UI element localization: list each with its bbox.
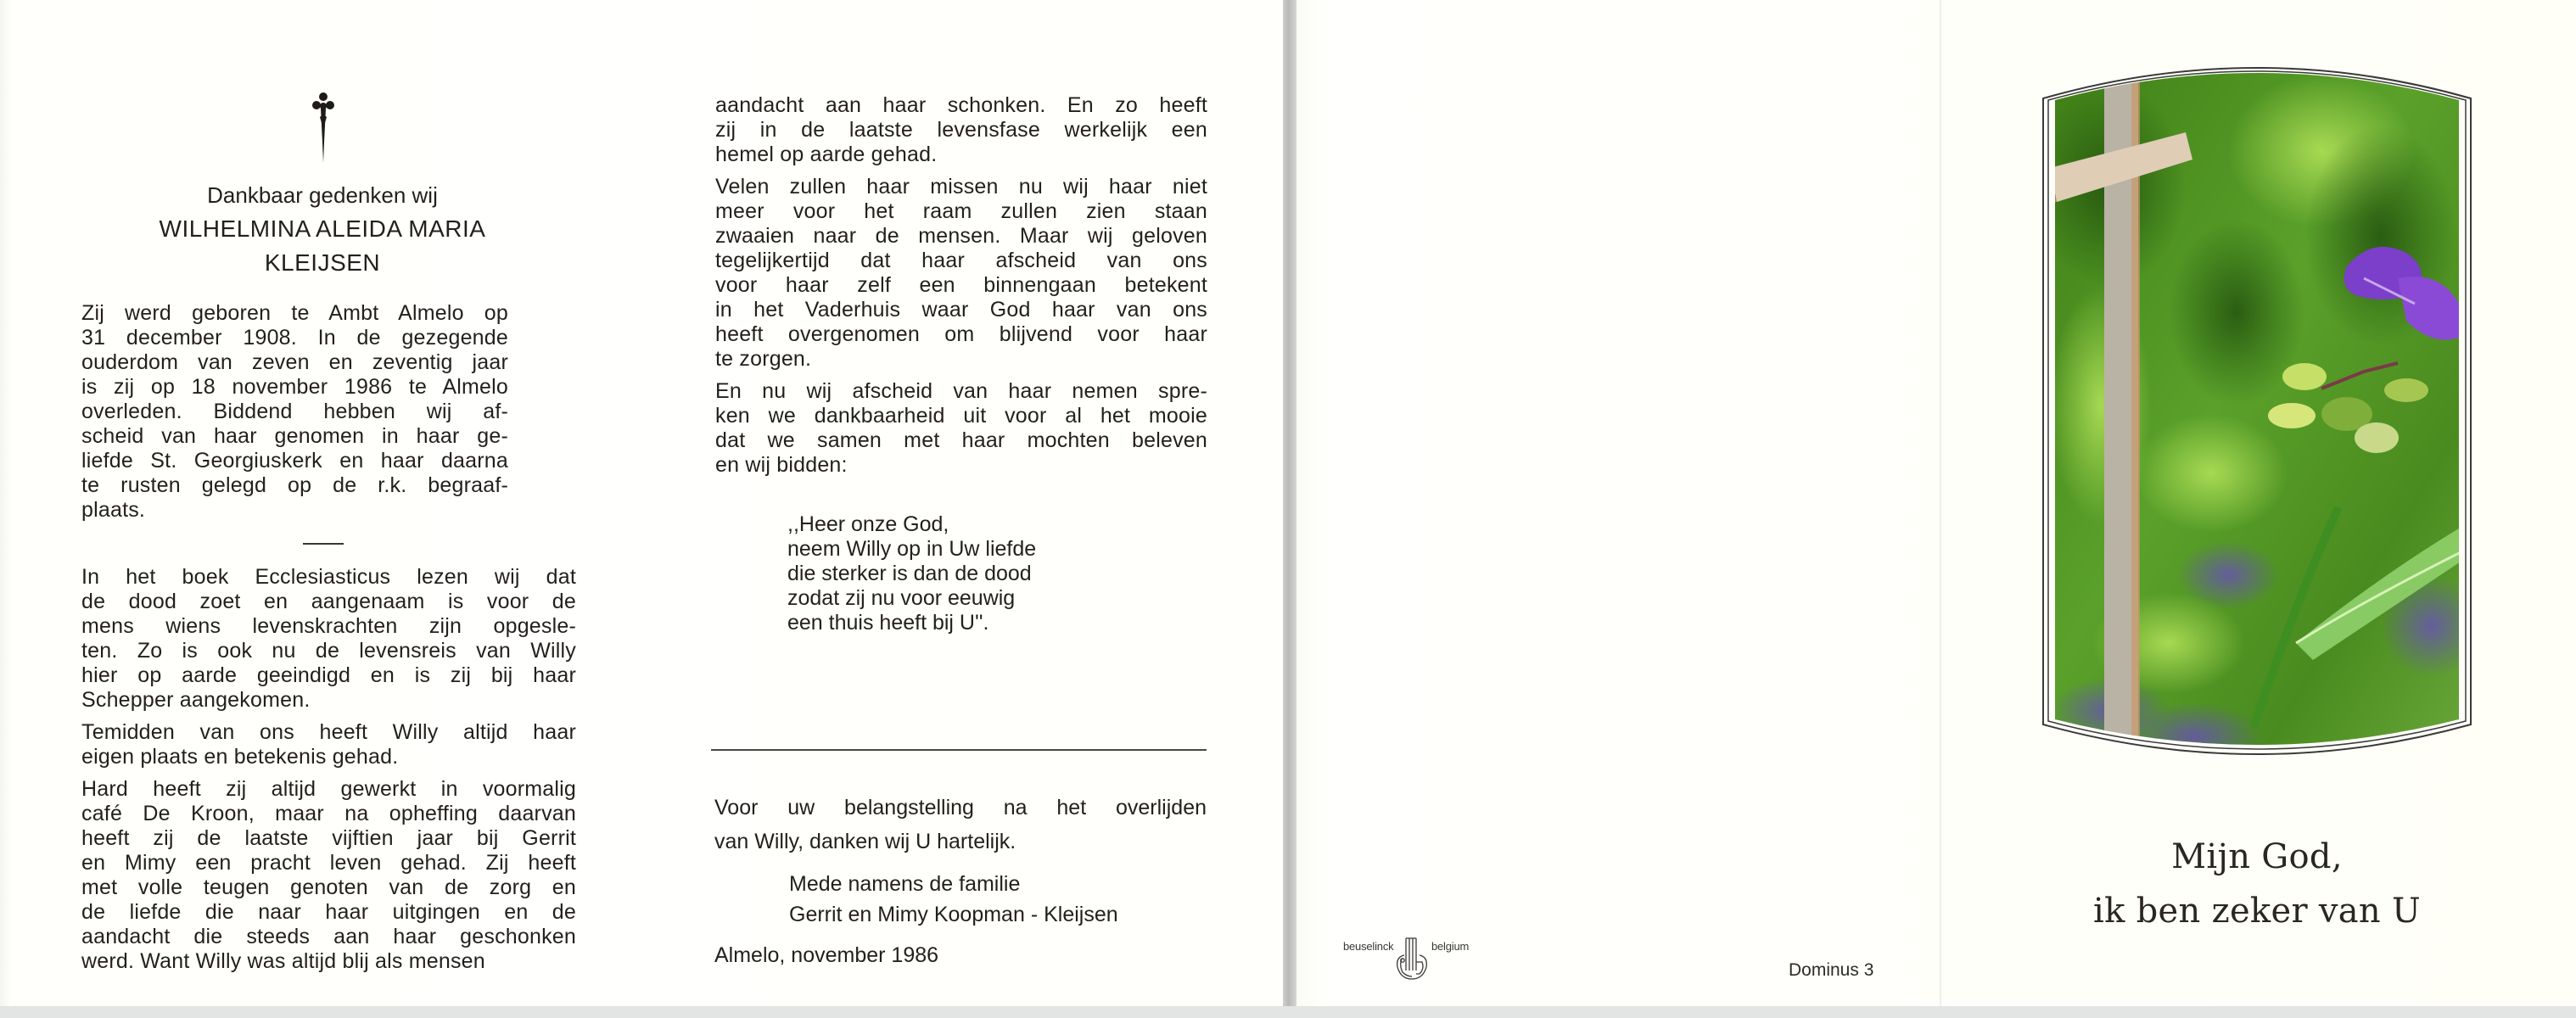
scan-bottom-edge <box>0 1006 2576 1018</box>
continuation-text: aandacht aan haar schonken. En zo heeftz… <box>715 93 1207 485</box>
place-date: Almelo, november 1986 <box>714 943 938 968</box>
prayer-line: die sterker is dan de dood <box>787 562 1036 586</box>
continuation-line: te zorgen. <box>715 347 1207 372</box>
reflection-text: In het boek Ecclesiasticus lezen wij dat… <box>81 565 576 982</box>
bio-line: overleden. Biddend hebben wij af- <box>81 400 508 424</box>
reflection-line: ten. Zo is ook nu de levensreis van Will… <box>81 639 576 663</box>
motto-line1: Mijn God, <box>2028 830 2486 884</box>
continuation-line: en wij bidden: <box>715 453 1207 478</box>
intro-block: Dankbaar gedenken wij WILHELMINA ALEIDA … <box>85 178 560 280</box>
reflection-line: werd. Want Willy was altijd blij als men… <box>81 949 576 974</box>
deceased-name-line2: KLEIJSEN <box>85 246 560 280</box>
bio-line: ouderdom van zeven en zeventig jaar <box>81 350 508 375</box>
intro-heading: Dankbaar gedenken wij <box>85 178 560 212</box>
reflection-line: en Mimy een pracht leven gehad. Zij heef… <box>81 851 576 875</box>
continuation-line: in het Vaderhuis waar God haar van ons <box>715 298 1207 322</box>
continuation-line: voor haar zelf een binnengaan betekent <box>715 273 1207 298</box>
reflection-line: mens wiens levenskrachten zijn opgesle- <box>81 614 576 639</box>
scan-gutter <box>1283 0 1296 1018</box>
reflection-line: Hard heeft zij altijd gewerkt in voormal… <box>81 777 576 802</box>
reflection-line: heeft zij de laatste vijftien jaar bij G… <box>81 826 576 851</box>
thanks-text: Voor uw belangstelling na het overlijden… <box>714 791 1207 859</box>
biography-paragraph: Zij werd geboren te Ambt Almelo op31 dec… <box>81 301 508 523</box>
prayer-line: neem Willy op in Uw liefde <box>787 537 1036 562</box>
continuation-line: tegelijkertijd dat haar afscheid van ons <box>715 249 1207 273</box>
signoff-line: Gerrit en Mimy Koopman - Kleijsen <box>789 899 1118 930</box>
prayer-line: ,,Heer onze God, <box>787 512 1036 537</box>
reflection-line: hier op aarde geeindigd en is zij bij ha… <box>81 663 576 688</box>
continuation-line: zij in de laatste levensfase werkelijk e… <box>715 118 1207 143</box>
long-divider <box>711 749 1207 751</box>
thanks-line: Voor uw belangstelling na het overlijden <box>714 791 1207 825</box>
publisher-name: beuselinck <box>1343 940 1393 953</box>
bio-line: Zij werd geboren te Ambt Almelo op <box>81 301 508 326</box>
cross-icon <box>311 92 336 165</box>
memorial-photo <box>2041 49 2472 763</box>
publisher-country: belgium <box>1431 940 1469 953</box>
paragraph: aandacht aan haar schonken. En zo heeftz… <box>715 93 1207 167</box>
deceased-name-line1: WILHELMINA ALEIDA MARIA <box>85 212 560 246</box>
thanks-line: van Willy, danken wij U hartelijk. <box>714 825 1207 859</box>
continuation-line: En nu wij afscheid van haar nemen spre- <box>715 379 1207 404</box>
signoff-line: Mede namens de familie <box>789 869 1118 899</box>
reflection-line: de dood zoet en aangenaam is voor de <box>81 590 576 614</box>
paragraph: Hard heeft zij altijd gewerkt in voormal… <box>81 777 576 974</box>
continuation-line: ken we dankbaarheid uit voor al het mooi… <box>715 404 1207 428</box>
fold-line <box>1940 0 1941 1006</box>
paragraph: Temidden van ons heeft Willy altijd haar… <box>81 720 576 769</box>
reflection-line: de liefde die naar haar uitgingen en de <box>81 900 576 925</box>
front-motto: Mijn God, ik ben zeker van U <box>2028 830 2486 938</box>
bio-line: 31 december 1908. In de gezegende <box>81 326 508 350</box>
continuation-line: hemel op aarde gehad. <box>715 143 1207 167</box>
prayer-quote: ,,Heer onze God,neem Willy op in Uw lief… <box>787 512 1036 635</box>
bio-line: is zij op 18 november 1986 te Almelo <box>81 375 508 400</box>
beuselinck-logo-icon <box>1394 937 1430 984</box>
reflection-line: met volle teugen genoten van de zorg en <box>81 875 576 900</box>
continuation-line: aandacht aan haar schonken. En zo heeft <box>715 93 1207 118</box>
bio-line: plaats. <box>81 498 508 523</box>
reflection-line: In het boek Ecclesiasticus lezen wij dat <box>81 565 576 590</box>
continuation-line: dat we samen met haar mochten beleven <box>715 428 1207 453</box>
continuation-line: Velen zullen haar missen nu wij haar nie… <box>715 175 1207 199</box>
paragraph: Velen zullen haar missen nu wij haar nie… <box>715 175 1207 372</box>
card-model-code: Dominus 3 <box>1789 960 1873 981</box>
continuation-line: heeft overgenomen om blijvend voor haar <box>715 322 1207 347</box>
motto-line2: ik ben zeker van U <box>2028 884 2486 938</box>
reflection-line: aandacht die steeds aan haar geschonken <box>81 925 576 949</box>
prayer-line: een thuis heeft bij U''. <box>787 611 1036 635</box>
reflection-line: Schepper aangekomen. <box>81 688 576 713</box>
bio-line: scheid van haar genomen in haar ge- <box>81 424 508 449</box>
prayer-line: zodat zij nu voor eeuwig <box>787 586 1036 611</box>
reflection-line: café De Kroon, maar na opheffing daarvan <box>81 802 576 826</box>
short-divider <box>303 543 344 545</box>
reflection-line: Temidden van ons heeft Willy altijd haar <box>81 720 576 745</box>
reflection-line: eigen plaats en betekenis gehad. <box>81 745 576 769</box>
publisher-logo: beuselinck belgium <box>1343 937 1479 984</box>
bio-line: liefde St. Georgiuskerk en haar daarna <box>81 449 508 473</box>
paragraph: In het boek Ecclesiasticus lezen wij dat… <box>81 565 576 713</box>
continuation-line: zwaaien naar de mensen. Maar wij geloven <box>715 224 1207 249</box>
bio-line: te rusten gelegd op de r.k. begraaf- <box>81 473 508 498</box>
continuation-line: meer voor het raam zullen zien staan <box>715 199 1207 224</box>
paragraph: En nu wij afscheid van haar nemen spre-k… <box>715 379 1207 478</box>
family-signoff: Mede namens de familieGerrit en Mimy Koo… <box>789 869 1118 930</box>
